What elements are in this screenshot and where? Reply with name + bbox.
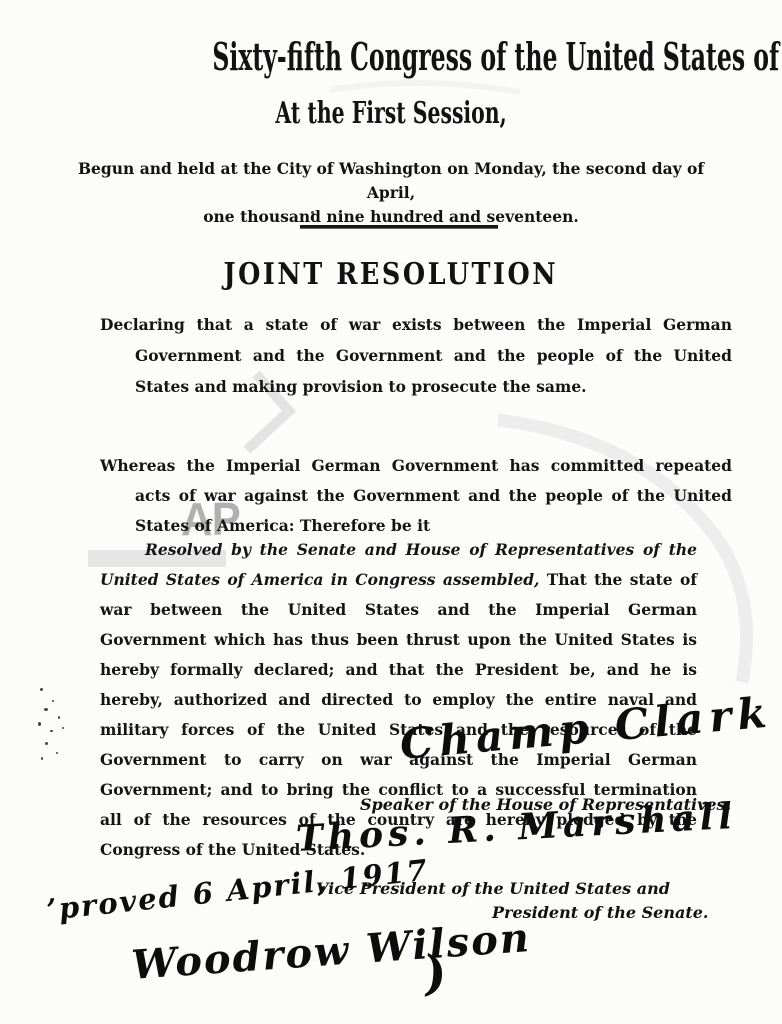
resolution-title-text: JOINT RESOLUTION [224,257,559,292]
ink-dot [311,211,314,214]
session-title-text: At the First Session, [275,96,506,131]
resolution-subtitle: Declaring that a state of war exists bet… [100,309,732,402]
session-title: At the First Session, [0,96,782,131]
congress-title: Sixty-fifth Congress of the United State… [0,34,782,79]
convening-line-1: Begun and held at the City of Washington… [71,157,711,205]
document-page: AP Sixty-fifth Congress of the United St… [0,0,782,1024]
congress-title-text: Sixty-fifth Congress of the United State… [212,34,782,79]
president-signature: Woodrow Wilson [130,914,532,989]
closing-bracket-mark: ) [422,945,449,1002]
horizontal-rule [300,225,498,229]
document-content: Sixty-fifth Congress of the United State… [0,0,782,1024]
convening-statement: Begun and held at the City of Washington… [71,157,711,229]
whereas-clause: Whereas the Imperial German Government h… [100,451,732,541]
resolution-title: JOINT RESOLUTION [0,257,782,292]
